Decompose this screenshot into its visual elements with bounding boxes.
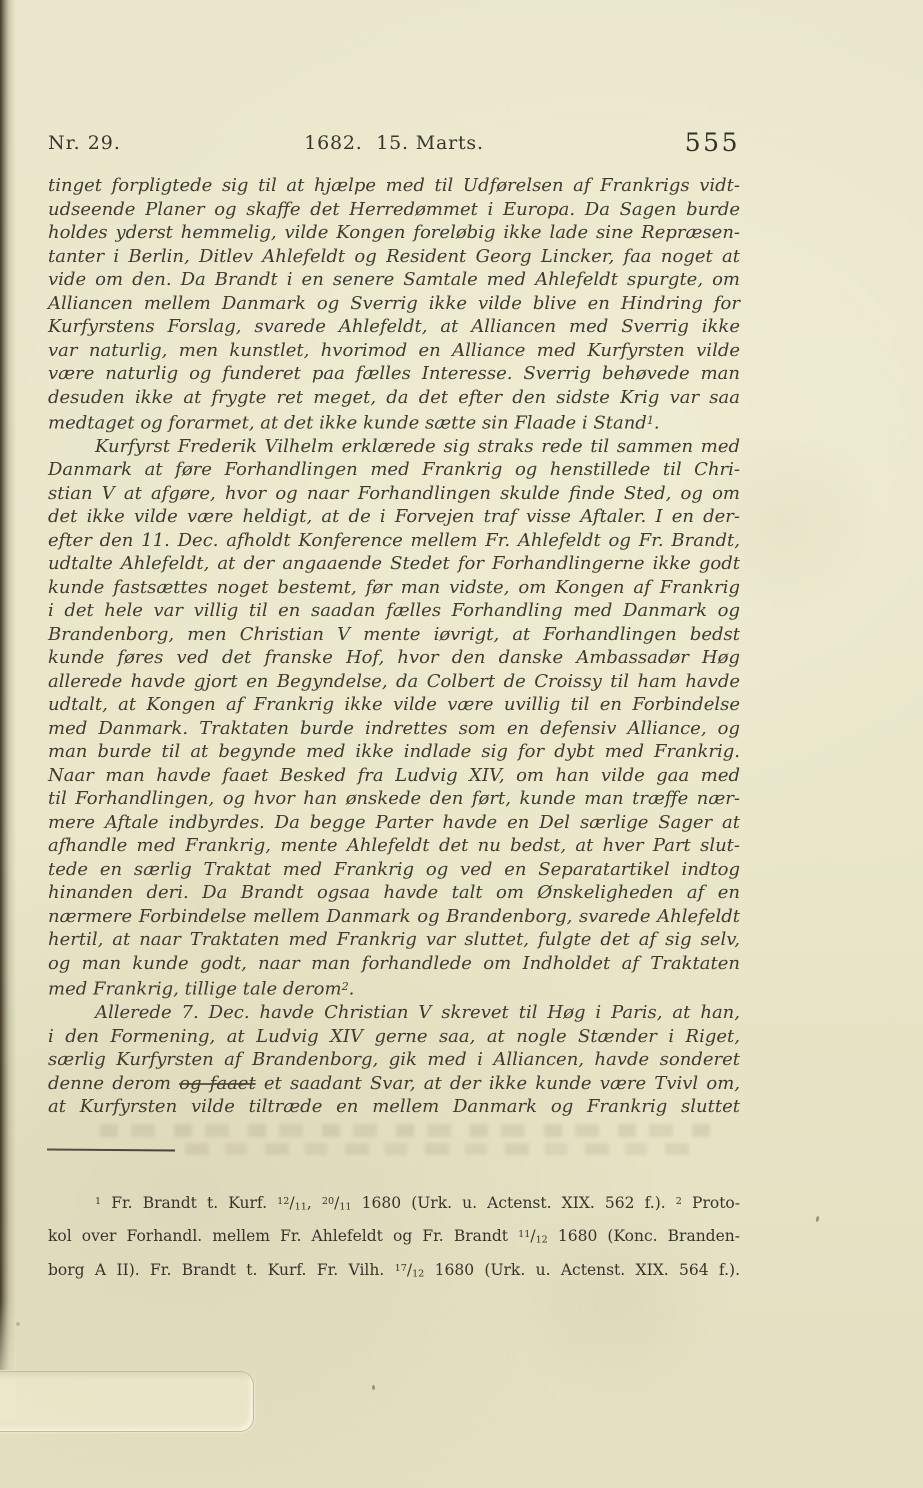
text-line: være naturlig og funderet paa fælles Int… [48,362,740,386]
text-line: Kurfyrstens Forslag, svarede Ahlefeldt, … [48,315,740,339]
body-text: tinget forpligtede sig til at hjælpe med… [48,174,740,1119]
text-line: kol over Forhandl. mellem Fr. Ahlefeldt … [48,1221,740,1254]
text-line: hertil, at naar Traktaten med Frankrig v… [48,928,740,952]
text-line: til Forhandlingen, og hvor han ønskede d… [48,787,740,811]
text-line: nærmere Forbindelse mellem Danmark og Br… [48,905,740,929]
scanned-book-page: Nr. 29. 1682. 15. Marts. 555 tinget forp… [0,0,923,1488]
paper-artifact [0,1371,254,1432]
footnote-text: 1 Fr. Brandt t. Kurf. 12/11, 20/11 1680 … [48,1188,740,1288]
text-line: man burde til at begynde med ikke indlad… [48,740,740,764]
text-line: denne derom og faaet et saadant Svar, at… [48,1072,740,1096]
text-line: medtaget og forarmet, at det ikke kunde … [48,409,740,435]
text-line: tede en særlig Traktat med Frankrig og v… [48,858,740,882]
text-line: efter den 11. Dec. afholdt Konference me… [48,529,740,553]
text-line: Alliancen mellem Danmark og Sverrig ikke… [48,292,740,316]
text-line: allerede havde gjort en Begyndelse, da C… [48,670,740,694]
text-line: holdes yderst hemmelig, vilde Kongen for… [48,221,740,245]
text-line: med Frankrig, tillige tale derom2. [48,975,740,1001]
text-line: vide om den. Da Brandt i en senere Samta… [48,268,740,292]
text-line: kunde føres ved det franske Hof, hvor de… [48,646,740,670]
page-number: 555 [685,128,740,157]
text-line: i det hele var villig til en saadan fæll… [48,599,740,623]
text-line: borg A II). Fr. Brandt t. Kurf. Fr. Vilh… [48,1255,740,1288]
text-line: tanter i Berlin, Ditlev Ahlefeldt og Res… [48,245,740,269]
text-line: Kurfyrst Frederik Vilhelm erklærede sig … [48,435,740,459]
text-line: mere Aftale indbyrdes. Da begge Parter h… [48,811,740,835]
text-line: udtalt, at Kongen af Frankrig ikke vilde… [48,693,740,717]
date-heading: 1682. 15. Marts. [48,132,740,154]
page-edge-shadow [0,0,16,1370]
text-line: det ikke vilde være heldigt, at de i For… [48,505,740,529]
text-line: Brandenborg, men Christian V mente iøvri… [48,623,740,647]
paper-speck [815,1216,819,1223]
text-line: med Danmark. Traktaten burde indrettes s… [48,717,740,741]
text-line: at Kurfyrsten vilde tiltræde en mellem D… [48,1095,740,1119]
text-line: var naturlig, men kunstlet, hvorimod en … [48,339,740,363]
text-line: Allerede 7. Dec. havde Christian V skrev… [48,1001,740,1025]
text-line: Danmark at føre Forhandlingen med Frankr… [48,458,740,482]
text-line: hinanden deri. Da Brandt ogsaa havde tal… [48,881,740,905]
text-line: stian V at afgøre, hvor og naar Forhandl… [48,482,740,506]
text-line: og man kunde godt, naar man forhandlede … [48,952,740,976]
bleedthrough-text [185,1143,705,1155]
text-line: afhandle med Frankrig, mente Ahlefeldt d… [48,834,740,858]
text-line: særlig Kurfyrsten af Brandenborg, gik me… [48,1048,740,1072]
paper-speck [16,1322,20,1326]
text-line: udtalte Ahlefeldt, at der angaaende Sted… [48,552,740,576]
text-line: i den Formening, at Ludvig XIV gerne saa… [48,1025,740,1049]
text-line: tinget forpligtede sig til at hjælpe med… [48,174,740,198]
text-line: 1 Fr. Brandt t. Kurf. 12/11, 20/11 1680 … [48,1188,740,1221]
paper-speck [372,1385,375,1390]
text-line: desuden ikke at frygte ret meget, da det… [48,386,740,410]
footnote-separator-rule [47,1149,175,1152]
bleedthrough-text [100,1124,720,1137]
page-header: Nr. 29. 1682. 15. Marts. 555 [48,122,740,156]
text-line: Naar man havde faaet Besked fra Ludvig X… [48,764,740,788]
text-line: udseende Planer og skaffe det Herredømme… [48,198,740,222]
text-line: kunde fastsættes noget bestemt, før man … [48,576,740,600]
